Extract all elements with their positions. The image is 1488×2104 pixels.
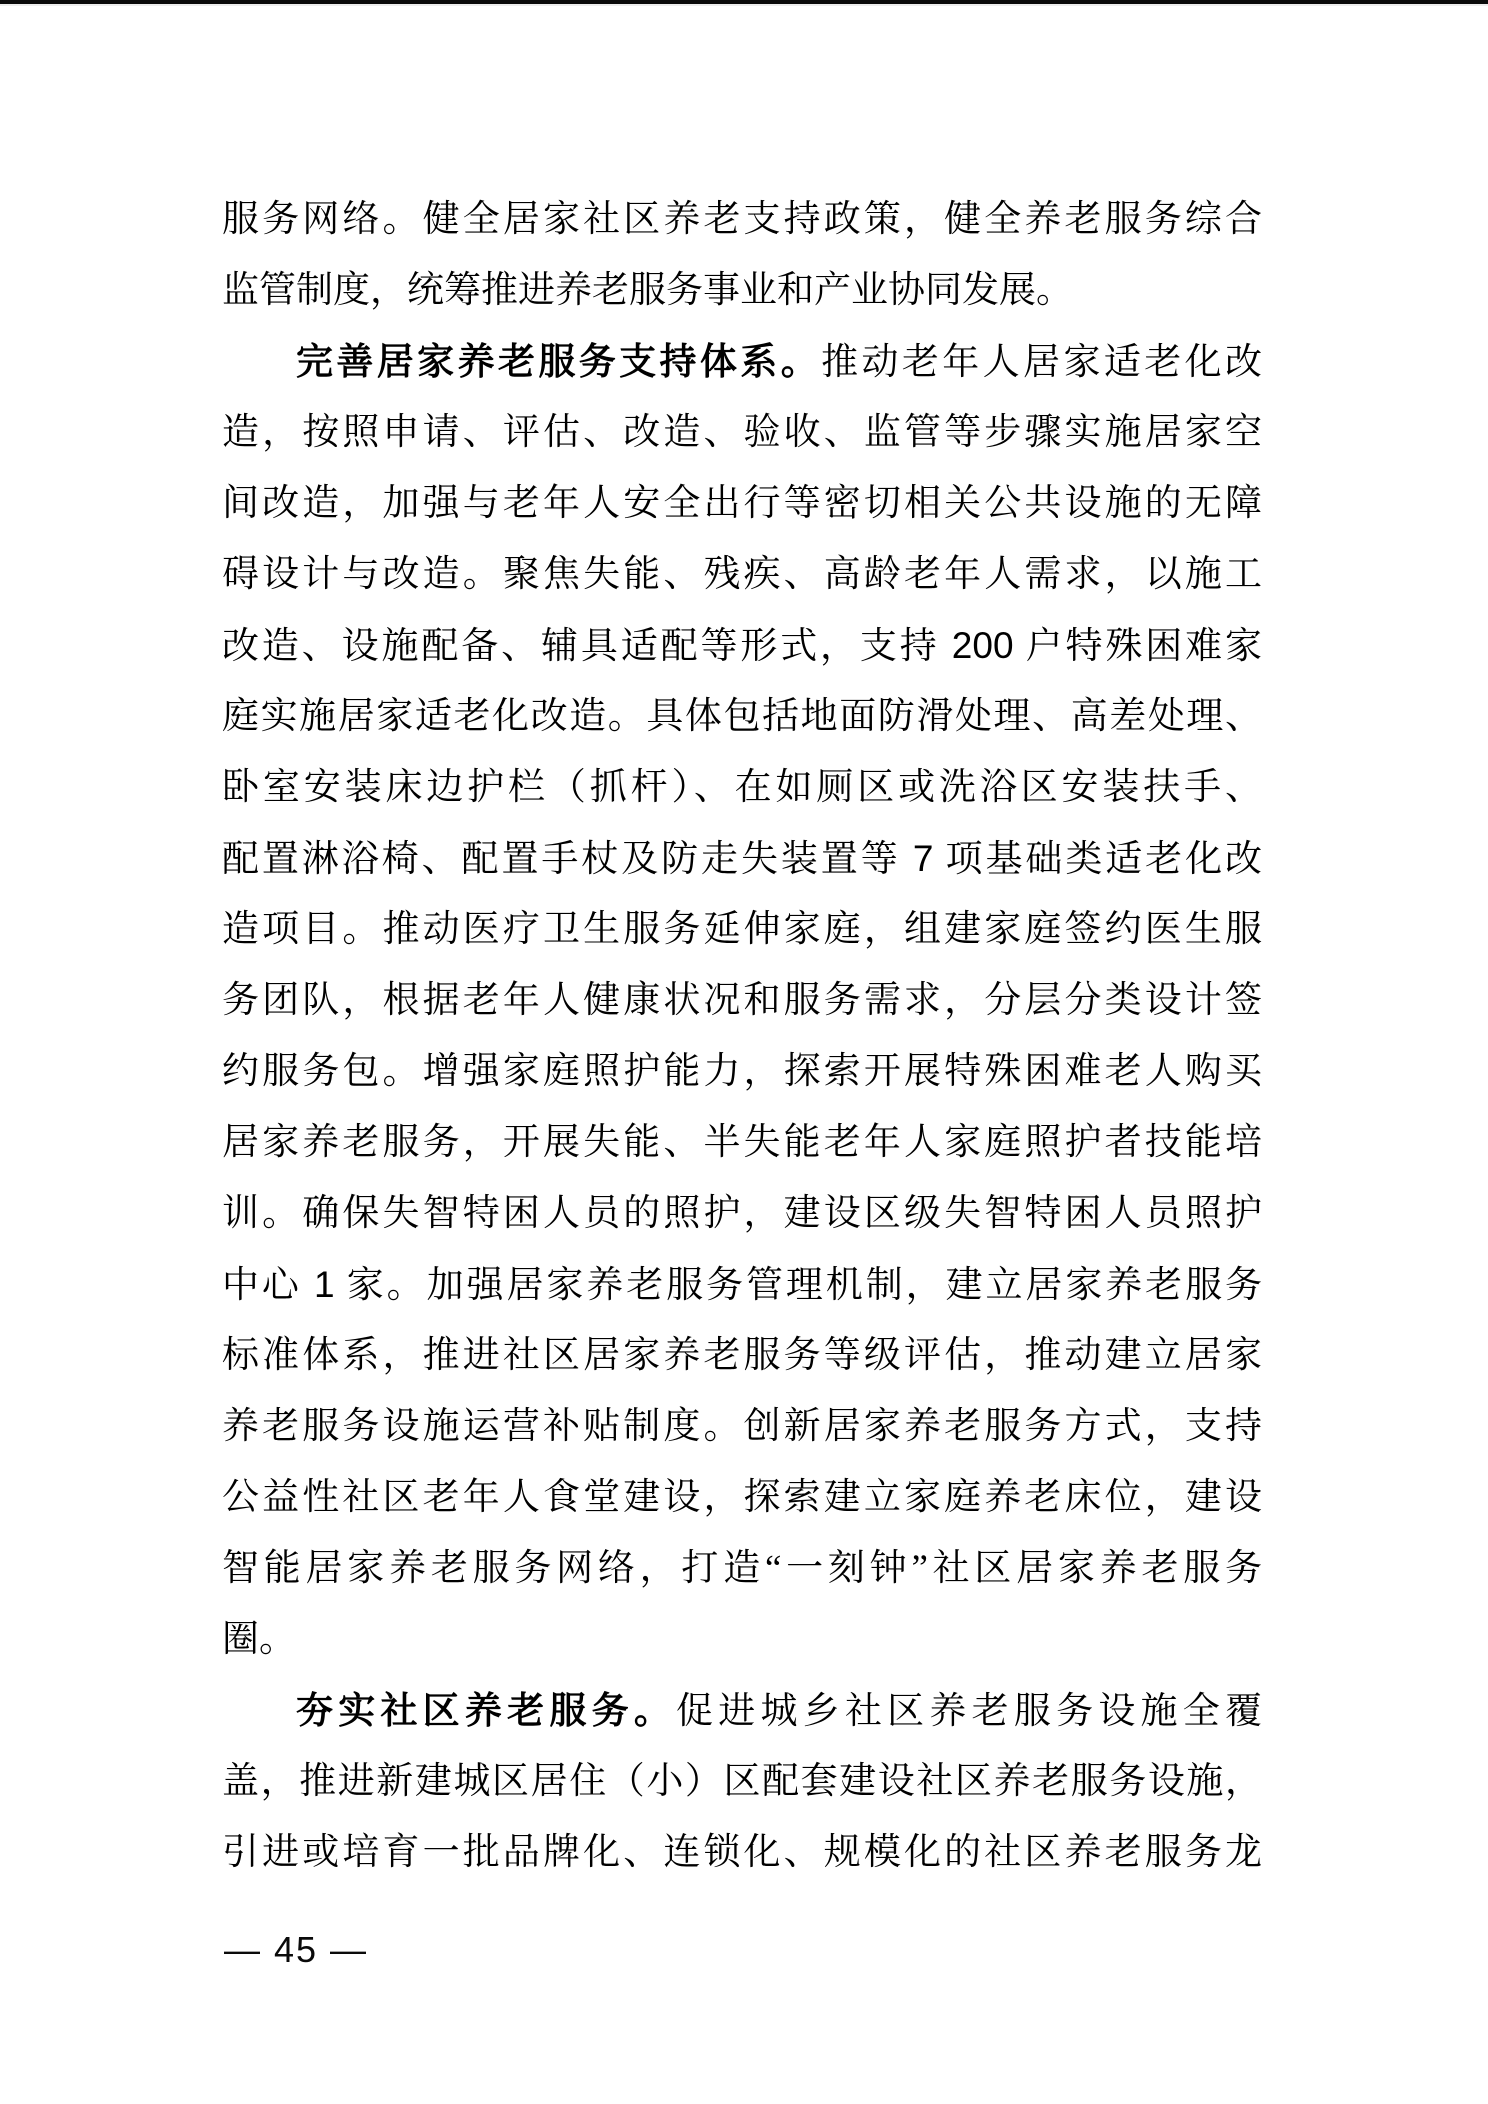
text-line: 训。确保失智特困人员的照护，建设区级失智特困人员照护 (222, 1178, 1262, 1249)
text-run: 造，按照申请、评估、改造、验收、监管等步骤实施居家空 (222, 412, 1262, 453)
text-run: 造项目。推动医疗卫生服务延伸家庭，组建家庭签约医生服 (222, 909, 1262, 950)
text-run: 户特殊困难家 (1014, 626, 1262, 667)
text-run: 1 (314, 1264, 335, 1305)
text-line: 间改造，加强与老年人安全出行等密切相关公共设施的无障 (222, 468, 1262, 539)
text-line: 配置淋浴椅、配置手杖及防走失装置等 7 项基础类适老化改 (222, 823, 1262, 894)
text-line: 约服务包。增强家庭照护能力，探索开展特殊困难老人购买 (222, 1036, 1262, 1107)
page-number: — 45 — (224, 1926, 368, 1974)
text-run: 圈。 (222, 1619, 296, 1660)
text-line: 造，按照申请、评估、改造、验收、监管等步骤实施居家空 (222, 397, 1262, 468)
text-run: 7 (913, 838, 934, 879)
document-page: { "page": { "footer": { "page_number_dis… (0, 0, 1488, 2104)
text-line: 引进或培育一批品牌化、连锁化、规模化的社区养老服务龙 (222, 1817, 1262, 1888)
text-run: 碍设计与改造。聚焦失能、残疾、高龄老年人需求，以施工 (222, 554, 1262, 595)
text-line: 夯实社区养老服务。促进城乡社区养老服务设施全覆 (222, 1675, 1262, 1746)
text-run: 居家养老服务，开展失能、半失能老年人家庭照护者技能培 (222, 1122, 1262, 1163)
text-run: 项基础类适老化改 (933, 839, 1262, 880)
text-line: 中心 1 家。加强居家养老服务管理机制，建立居家养老服务 (222, 1249, 1262, 1320)
scan-top-edge-shadow (0, 4, 1488, 6)
text-run: 智能居家养老服务网络，打造“一刻钟”社区居家养老服务 (222, 1548, 1262, 1589)
text-run: 中心 (222, 1265, 314, 1306)
paragraph-heading-run: 夯实社区养老服务。 (296, 1690, 676, 1731)
text-line: 服务网络。健全居家社区养老支持政策，健全养老服务综合 (222, 184, 1262, 255)
text-run: 卧室安装床边护栏（抓杆）、在如厕区或洗浴区安装扶手、 (222, 767, 1262, 808)
text-run: 推动老年人居家适老化改 (821, 342, 1262, 383)
text-line: 卧室安装床边护栏（抓杆）、在如厕区或洗浴区安装扶手、 (222, 752, 1262, 823)
text-line: 完善居家养老服务支持体系。推动老年人居家适老化改 (222, 326, 1262, 397)
text-run: 监管制度，统筹推进养老服务事业和产业协同发展。 (222, 270, 1073, 311)
text-run: 促进城乡社区养老服务设施全覆 (676, 1691, 1262, 1732)
text-run: 公益性社区老年人食堂建设，探索建立家庭养老床位，建设 (222, 1477, 1262, 1518)
text-run: 200 (952, 625, 1014, 666)
text-line: 监管制度，统筹推进养老服务事业和产业协同发展。 (222, 255, 1262, 326)
text-run: 庭实施居家适老化改造。具体包括地面防滑处理、高差处理、 (222, 696, 1262, 737)
text-line: 碍设计与改造。聚焦失能、残疾、高龄老年人需求，以施工 (222, 539, 1262, 610)
text-run: 引进或培育一批品牌化、连锁化、规模化的社区养老服务龙 (222, 1832, 1262, 1873)
text-line: 圈。 (222, 1604, 1262, 1675)
text-line: 庭实施居家适老化改造。具体包括地面防滑处理、高差处理、 (222, 681, 1262, 752)
text-line: 造项目。推动医疗卫生服务延伸家庭，组建家庭签约医生服 (222, 894, 1262, 965)
text-run: 改造、设施配备、辅具适配等形式，支持 (222, 626, 952, 667)
text-run: 训。确保失智特困人员的照护，建设区级失智特困人员照护 (222, 1193, 1262, 1234)
paragraph-heading-run: 完善居家养老服务支持体系。 (296, 341, 821, 382)
text-line: 标准体系，推进社区居家养老服务等级评估，推动建立居家 (222, 1320, 1262, 1391)
text-run: 盖，推进新建城区居住（小）区配套建设社区养老服务设施， (222, 1761, 1262, 1802)
text-run: 家。加强居家养老服务管理机制，建立居家养老服务 (335, 1265, 1262, 1306)
text-run: 务团队，根据老年人健康状况和服务需求，分层分类设计签 (222, 980, 1262, 1021)
text-line: 居家养老服务，开展失能、半失能老年人家庭照护者技能培 (222, 1107, 1262, 1178)
text-line: 公益性社区老年人食堂建设，探索建立家庭养老床位，建设 (222, 1462, 1262, 1533)
text-line: 盖，推进新建城区居住（小）区配套建设社区养老服务设施， (222, 1746, 1262, 1817)
text-run: 养老服务设施运营补贴制度。创新居家养老服务方式，支持 (222, 1406, 1262, 1447)
text-line: 改造、设施配备、辅具适配等形式，支持 200 户特殊困难家 (222, 610, 1262, 681)
text-run: 标准体系，推进社区居家养老服务等级评估，推动建立居家 (222, 1335, 1262, 1376)
page-body-text: 服务网络。健全居家社区养老支持政策，健全养老服务综合监管制度，统筹推进养老服务事… (222, 184, 1262, 1888)
text-line: 务团队，根据老年人健康状况和服务需求，分层分类设计签 (222, 965, 1262, 1036)
text-run: 配置淋浴椅、配置手杖及防走失装置等 (222, 839, 913, 880)
text-line: 养老服务设施运营补贴制度。创新居家养老服务方式，支持 (222, 1391, 1262, 1462)
text-run: 间改造，加强与老年人安全出行等密切相关公共设施的无障 (222, 483, 1262, 524)
text-run: 服务网络。健全居家社区养老支持政策，健全养老服务综合 (222, 199, 1262, 240)
text-run: 约服务包。增强家庭照护能力，探索开展特殊困难老人购买 (222, 1051, 1262, 1092)
text-line: 智能居家养老服务网络，打造“一刻钟”社区居家养老服务 (222, 1533, 1262, 1604)
